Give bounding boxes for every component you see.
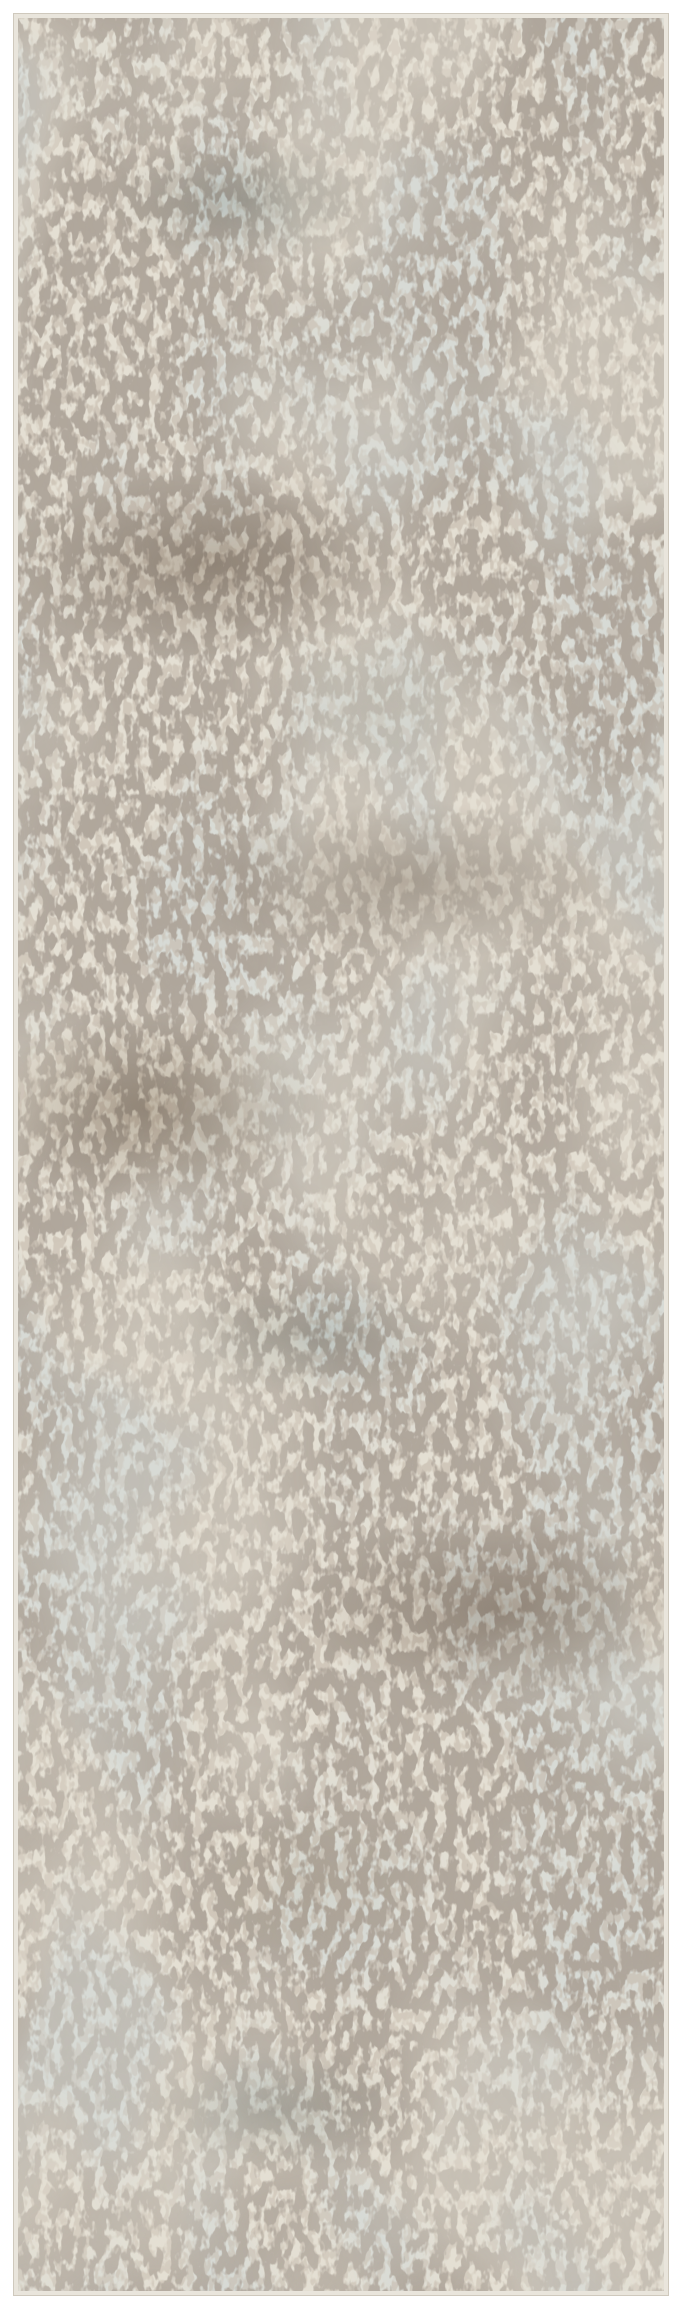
rug-texture	[18, 18, 664, 2291]
runner-rug	[14, 14, 668, 2295]
